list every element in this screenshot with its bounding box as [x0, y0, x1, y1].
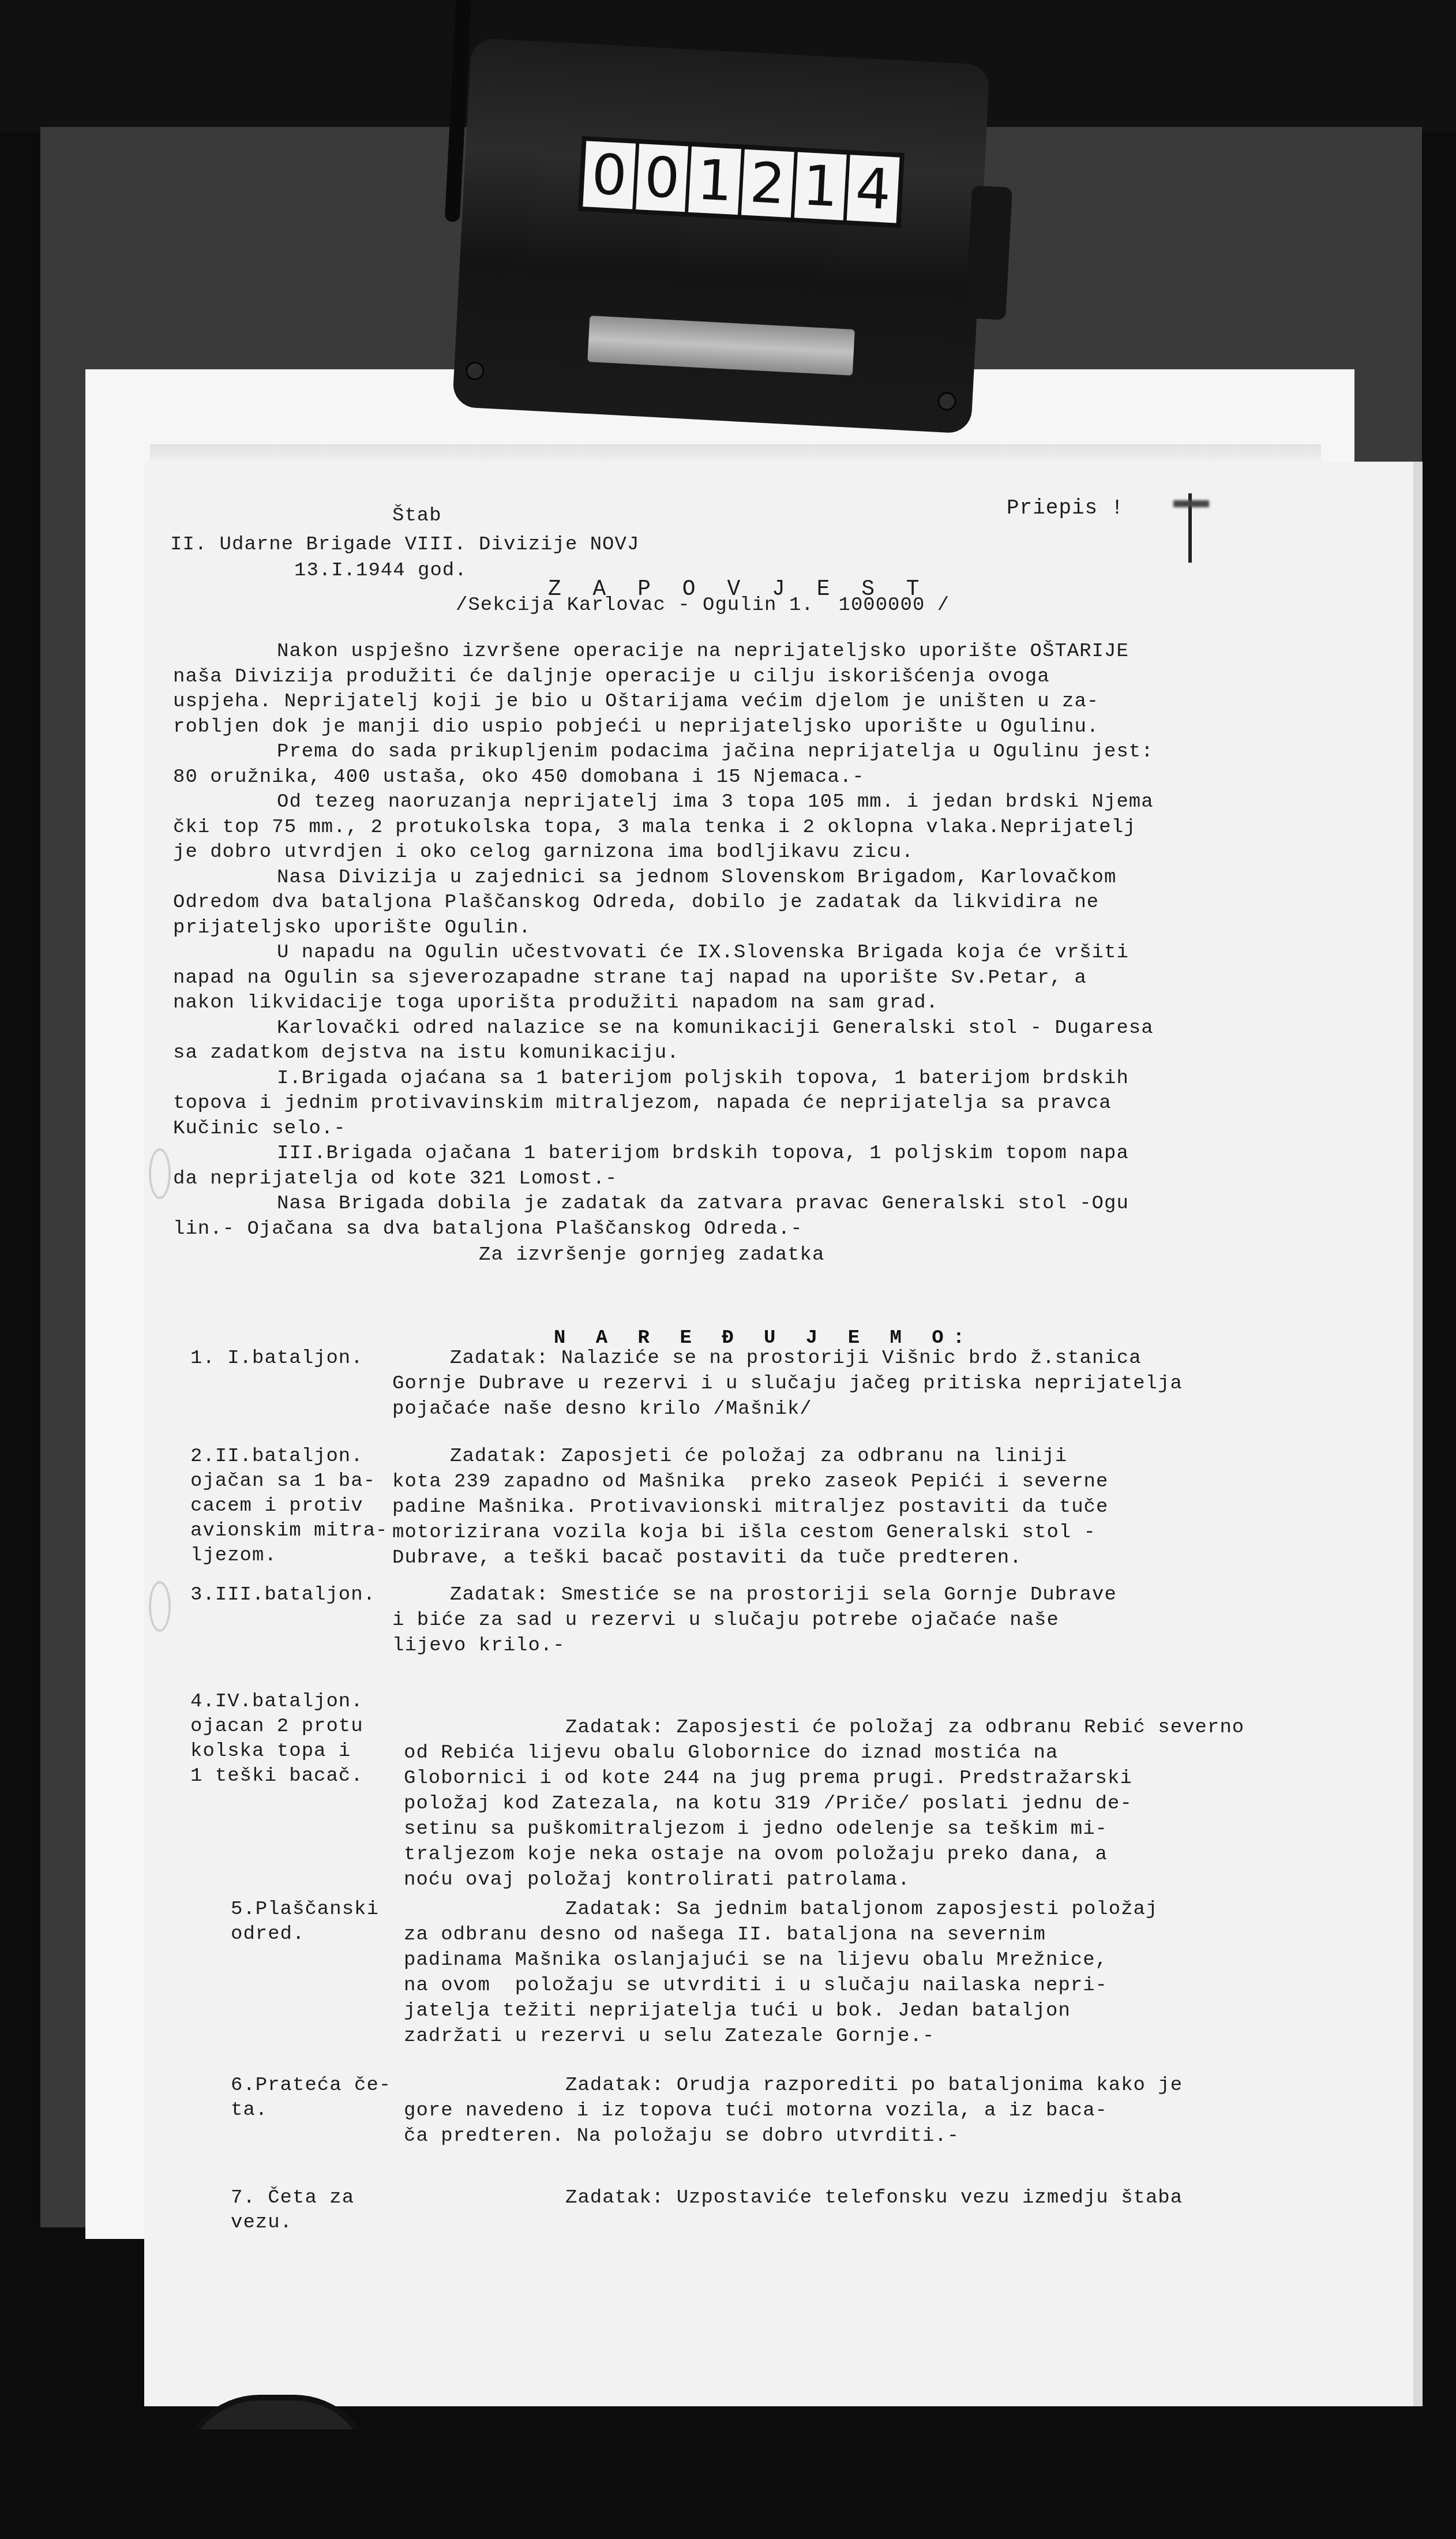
intro-line: Nasa Divizija u zajednici sa jednom Slov…	[277, 867, 1116, 889]
counter-digit: 4	[847, 155, 900, 223]
order-task-line: motorizirana vozila koja bi išla cestom …	[392, 1522, 1096, 1544]
handwritten-mark	[1188, 493, 1192, 563]
order-unit-label: 1. I.bataljon.	[190, 1347, 363, 1369]
order-task-line: za odbranu desno od našega II. bataljona…	[404, 1924, 1046, 1946]
intro-line: robljen dok je manji dio uspio pobjeći u…	[173, 716, 1099, 738]
order-task-line: zadržati u rezervi u selu Zatezale Gornj…	[404, 2025, 935, 2047]
intro-line: je dobro utvrdjen i oko celog garnizona …	[173, 841, 914, 863]
orders-heading: N A R E Đ U J E M O:	[554, 1327, 974, 1349]
intro-line: Kučinic selo.-	[173, 1118, 346, 1140]
order-task-line: traljezom koje neka ostaje na ovom polož…	[404, 1844, 1108, 1866]
order-task-line: Globornici i od kote 244 na jug prema pr…	[404, 1767, 1132, 1789]
order-task-line: Zadatak: Nalaziće se na prostoriji Višni…	[450, 1347, 1142, 1369]
order-task-line: kota 239 zapadno od Mašnika preko zaseok…	[392, 1471, 1108, 1493]
intro-line: topova i jednim protivavinskim mitraljez…	[173, 1092, 1112, 1114]
order-unit-label: 4.IV.bataljon.	[190, 1691, 363, 1713]
intro-line: Nakon uspješno izvršene operacije na nep…	[277, 641, 1129, 662]
order-task-line: ča predteren. Na položaju se dobro utvrd…	[404, 2125, 959, 2147]
intro-line: Odredom dva bataljona Plaščanskog Odreda…	[173, 892, 1099, 913]
intro-line: III.Brigada ojačana 1 baterijom brdskih …	[277, 1143, 1129, 1164]
order-unit-label: cacem i protiv	[190, 1495, 363, 1517]
order-unit-label: ljezom.	[190, 1545, 277, 1567]
order-unit-label: 1 teški bacač.	[190, 1765, 363, 1787]
intro-line: nakon likvidacije toga uporišta produžit…	[173, 992, 939, 1014]
intro-line: Karlovački odred nalazice se na komunika…	[277, 1017, 1154, 1039]
intro-line: Nasa Brigada dobila je zadatak da zatvar…	[277, 1193, 1129, 1215]
intro-line: 80 oružnika, 400 ustaša, oko 450 domoban…	[173, 766, 865, 788]
header-unit: II. Udarne Brigade VIII. Divizije NOVJ	[170, 534, 639, 556]
intro-line: da neprijatelja od kote 321 Lomost.-	[173, 1168, 618, 1190]
intro-line: Za izvršenje gornjeg zadatka	[479, 1244, 824, 1266]
order-unit-label: 6.Prateća če-	[231, 2074, 391, 2096]
order-unit-label: 5.Plaščanski	[231, 1898, 379, 1920]
order-task-line: setinu sa puškomitraljezom i jedno odele…	[404, 1818, 1108, 1840]
order-task-line: položaj kod Zatezala, na kotu 319 /Priče…	[404, 1793, 1132, 1815]
paper-fold-shadow	[150, 444, 1321, 462]
counter-knob	[965, 185, 1012, 320]
order-unit-label: vezu.	[231, 2212, 292, 2234]
frame-counter-device: 0 0 1 2 1 4	[452, 38, 1019, 436]
order-task-line: pojačaće naše desno krilo /Mašnik/	[392, 1398, 812, 1420]
punch-hole	[149, 1148, 171, 1199]
order-task-line: Zadatak: Uzpostaviće telefonsku vezu izm…	[565, 2187, 1183, 2209]
order-unit-label: 3.III.bataljon.	[190, 1584, 376, 1606]
intro-line: Od tezeg naoruzanja neprijatelj ima 3 to…	[277, 791, 1154, 813]
intro-line: sa zadatkom dejstva na istu komunikaciju…	[173, 1042, 680, 1064]
order-task-line: lijevo krilo.-	[392, 1635, 565, 1657]
order-task-line: padinama Mašnika oslanjajući se na lijev…	[404, 1949, 1108, 1971]
order-task-line: Zadatak: Smestiće se na prostoriji sela …	[450, 1584, 1117, 1606]
order-task-line: noću ovaj položaj kontrolirati patrolama…	[404, 1869, 910, 1891]
counter-body	[452, 38, 990, 434]
order-task-line: od Rebića lijevu obalu Globornice do izn…	[404, 1742, 1058, 1764]
counter-digit: 1	[688, 147, 741, 215]
order-task-line: Zadatak: Zaposjeti će položaj za odbranu…	[450, 1445, 1067, 1467]
punch-hole	[149, 1581, 171, 1632]
order-unit-label: 7. Četa za	[231, 2187, 354, 2209]
order-task-line: Zadatak: Zaposjesti će položaj za odbran…	[565, 1717, 1244, 1739]
intro-line: I.Brigada ojaćana sa 1 baterijom poljski…	[277, 1068, 1129, 1089]
order-unit-label: avionskim mitra-	[190, 1520, 388, 1542]
copy-stamp: Priepis !	[1007, 496, 1124, 520]
document-subtitle: /Sekcija Karlovac - Ogulin 1. 1000000 /	[456, 594, 950, 616]
header-date: 13.I.1944 god.	[294, 560, 467, 582]
order-task-line: Zadatak: Sa jednim bataljonom zaposjesti…	[565, 1898, 1158, 1920]
intro-line: uspjeha. Neprijatelj koji je bio u Oštar…	[173, 691, 1099, 713]
intro-line: naša Divizija produžiti će daljnje opera…	[173, 666, 1050, 688]
order-unit-label: odred.	[231, 1923, 305, 1945]
counter-digit: 0	[583, 141, 636, 209]
intro-line: U napadu na Ogulin učestvovati će IX.Slo…	[277, 942, 1129, 964]
order-unit-label: ojacan 2 protu	[190, 1716, 363, 1737]
order-task-line: i biće za sad u rezervi u slučaju potreb…	[392, 1609, 1059, 1631]
order-task-line: jatelja težiti neprijatelja tući u bok. …	[404, 2000, 1071, 2022]
intro-line: napad na Ogulin sa sjeverozapadne strane…	[173, 967, 1087, 989]
intro-line: Prema do sada prikupljenim podacima jači…	[277, 741, 1154, 763]
order-task-line: Gornje Dubrave u rezervi i u slučaju jač…	[392, 1373, 1183, 1395]
intro-line: lin.- Ojačana sa dva bataljona Plaščansk…	[173, 1218, 803, 1240]
order-unit-label: ta.	[231, 2099, 268, 2121]
film-border-bottom	[0, 2429, 1456, 2539]
order-task-line: Zadatak: Orudja razporediti po bataljoni…	[565, 2074, 1183, 2096]
header-staff: Štab	[392, 505, 442, 527]
order-unit-label: 2.II.bataljon.	[190, 1445, 363, 1467]
order-task-line: padine Mašnika. Protivavionski mitraljez…	[392, 1496, 1108, 1518]
counter-digit: 2	[741, 149, 794, 218]
order-task-line: gore navedeno i iz topova tući motorna v…	[404, 2100, 1108, 2122]
order-task-line: na ovom položaju se utvrditi i u slučaju…	[404, 1975, 1108, 1997]
counter-digit: 0	[636, 144, 689, 212]
intro-line: prijateljsko uporište Ogulin.	[173, 917, 531, 939]
order-unit-label: ojačan sa 1 ba-	[190, 1470, 376, 1492]
counter-digit: 1	[794, 152, 847, 220]
order-task-line: Dubrave, a teški bacač postaviti da tuče…	[392, 1547, 1022, 1569]
intro-line: čki top 75 mm., 2 protukolska topa, 3 ma…	[173, 817, 1136, 838]
order-unit-label: kolska topa i	[190, 1740, 351, 1762]
